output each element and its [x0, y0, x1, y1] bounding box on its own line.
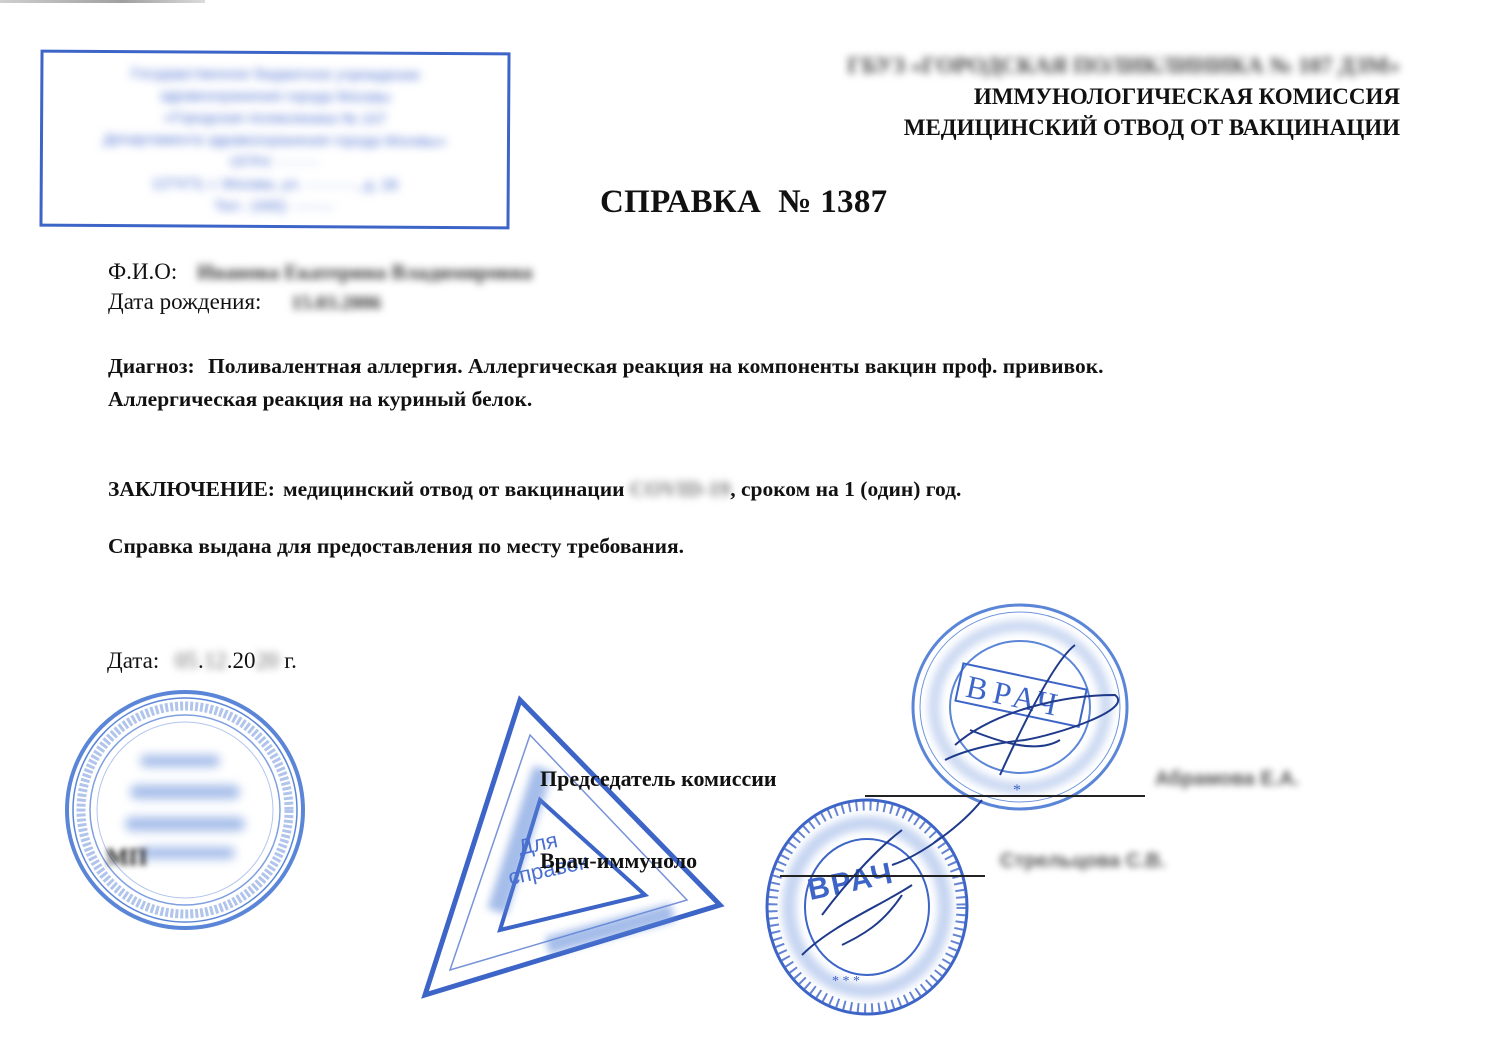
date-suffix: г. [284, 648, 297, 673]
doctor-stamp-chairman: ВРАЧ * [905, 600, 1135, 815]
svg-text:* * *: * * * [832, 974, 860, 989]
date-month: 12 [204, 648, 227, 674]
patient-dob-row: Дата рождения: 15.03.2006 [108, 288, 381, 317]
date-year-suffix: 20 [255, 648, 278, 674]
org-stamp-line: Государственное бюджетное учреждение [43, 63, 507, 88]
chairman-signature-line [865, 795, 1145, 797]
patient-dob-value: 15.03.2006 [291, 289, 381, 317]
mp-label: МП [106, 845, 147, 872]
conclusion-redacted-term: COVID-19 [630, 473, 730, 506]
issued-for-text: Справка выдана для предоставления по мес… [108, 530, 1408, 563]
patient-name-label: Ф.И.О: [108, 259, 177, 284]
chairman-role-label: Председатель комиссии [540, 766, 777, 791]
org-stamp-line: «Городская поликлиника № 107 [43, 107, 507, 132]
conclusion-block: ЗАКЛЮЧЕНИЕ:медицинский отвод от вакцинац… [108, 473, 1408, 506]
org-stamp-line: здравоохранения города Москвы [43, 85, 507, 110]
signature-row-immunologist: Врач-иммуноло [540, 848, 697, 874]
date-year-prefix: .20 [227, 648, 256, 673]
date-label: Дата: [107, 648, 159, 673]
immunologist-name: Стрельцова С.В. [1000, 850, 1166, 873]
doctor-stamp-immunologist: ВРАЧ * * * [762, 795, 972, 1020]
round-organization-stamp [60, 685, 310, 935]
diagnosis-text-line1: Поливалентная аллергия. Аллергическая ре… [208, 354, 1104, 378]
org-stamp-line: Департамента здравоохранения города Моск… [43, 129, 507, 154]
diagnosis-label: Диагноз: [108, 354, 195, 378]
header-subject: МЕДИЦИНСКИЙ ОТВОД ОТ ВАКЦИНАЦИИ [847, 112, 1400, 143]
org-stamp-line: 127473, г. Москва, ул. ··········, д. 28 [43, 173, 507, 198]
diagnosis-text-line2: Аллергическая реакция на куриный белок. [108, 383, 1408, 416]
header-organization: ГБУЗ «ГОРОДСКАЯ ПОЛИКЛИНИКА № 107 ДЗМ» [847, 50, 1400, 81]
diagnosis-block: Диагноз: Поливалентная аллергия. Аллерги… [108, 350, 1408, 416]
org-stamp-line: ОГРН ········· [43, 151, 507, 176]
conclusion-text-after: , сроком на 1 (один) год. [730, 477, 961, 501]
org-stamp-line: Тел.: (495) ···-··-·· [43, 195, 507, 220]
patient-name-value: Иванова Екатерина Владимировна [197, 258, 532, 286]
immunologist-signature-line [780, 875, 985, 877]
date-day: 05 [175, 648, 198, 674]
patient-name-row: Ф.И.О: Иванова Екатерина Владимировна [108, 258, 532, 286]
document-header: ГБУЗ «ГОРОДСКАЯ ПОЛИКЛИНИКА № 107 ДЗМ» И… [847, 50, 1400, 143]
document-title: СПРАВКА № 1387 [600, 184, 887, 221]
immunologist-role-label: Врач-иммуноло [540, 848, 697, 873]
chairman-name: Абрамова Е.А. [1155, 768, 1299, 791]
conclusion-text: медицинский отвод от вакцинации [283, 477, 625, 501]
signature-row-chairman: Председатель комиссии [540, 766, 777, 792]
organization-stamp: Государственное бюджетное учреждение здр… [39, 50, 510, 230]
conclusion-label: ЗАКЛЮЧЕНИЕ: [108, 477, 275, 501]
scan-edge-line [0, 0, 205, 3]
issue-date-row: Дата: 05.12.2020 г. [107, 648, 297, 674]
patient-dob-label: Дата рождения: [108, 289, 261, 314]
header-commission: ИММУНОЛОГИЧЕСКАЯ КОМИССИЯ [847, 81, 1400, 112]
